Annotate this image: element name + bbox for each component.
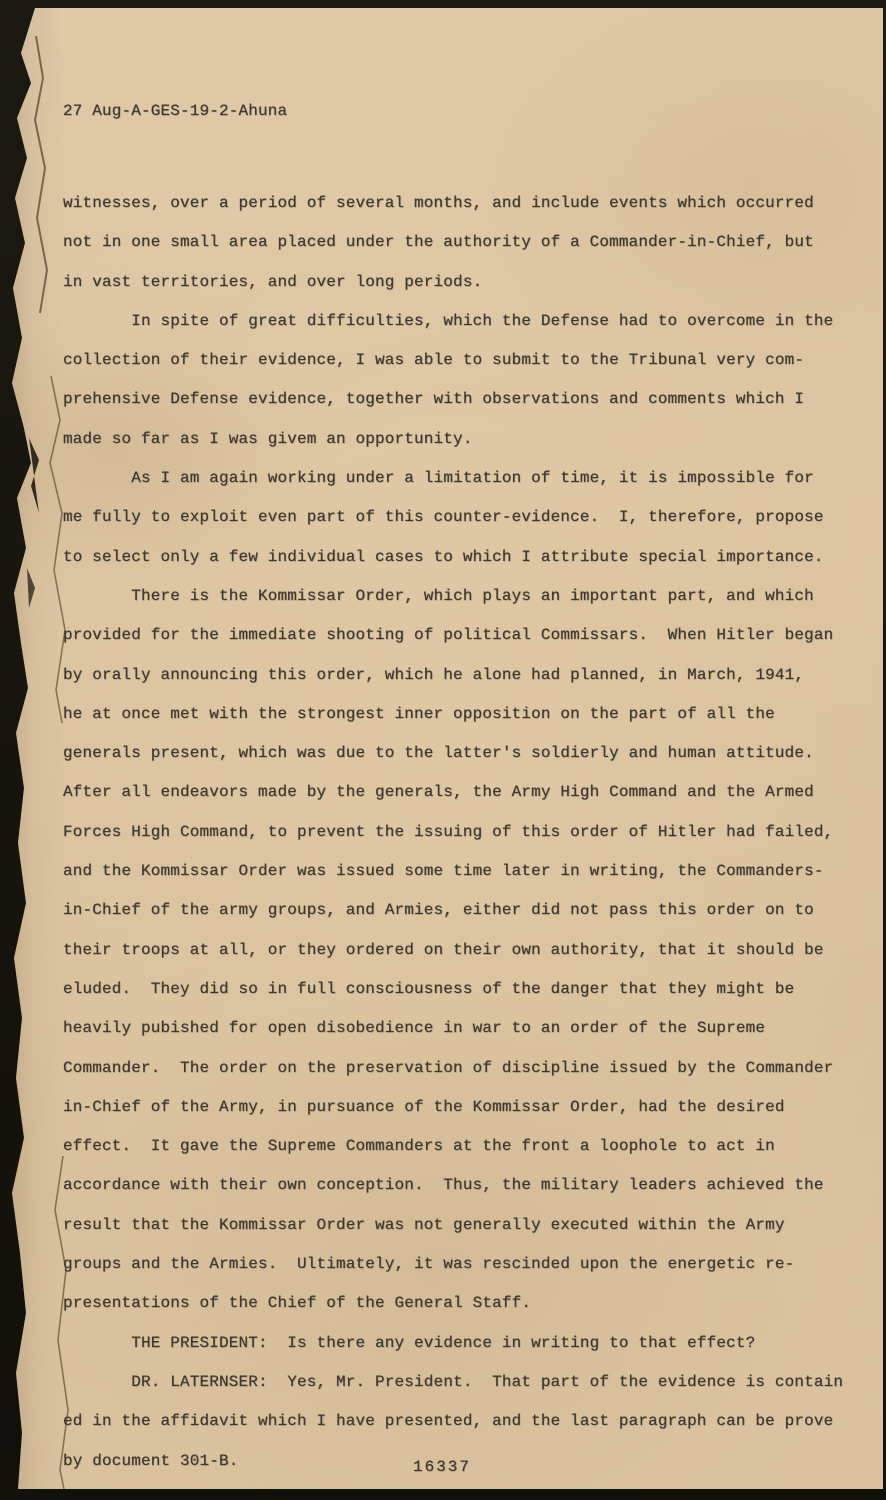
- scan-background: 27 Aug-A-GES-19-2-Ahuna witnesses, over …: [0, 0, 886, 1500]
- paragraph-witnesses: witnesses, over a period of several mont…: [63, 184, 858, 302]
- document-page: 27 Aug-A-GES-19-2-Ahuna witnesses, over …: [5, 8, 883, 1489]
- paragraph-limitation-of-time: As I am again working under a limitation…: [63, 459, 858, 577]
- paragraph-in-spite: In spite of great difficulties, which th…: [63, 302, 858, 459]
- transcript-body: witnesses, over a period of several mont…: [63, 184, 858, 1481]
- paragraph-president-question: THE PRESIDENT: Is there any evidence in …: [63, 1324, 858, 1363]
- page-number: 16337: [413, 1458, 471, 1476]
- paragraph-kommissar-order: There is the Kommissar Order, which play…: [63, 577, 858, 1324]
- document-reference-header: 27 Aug-A-GES-19-2-Ahuna: [63, 102, 287, 120]
